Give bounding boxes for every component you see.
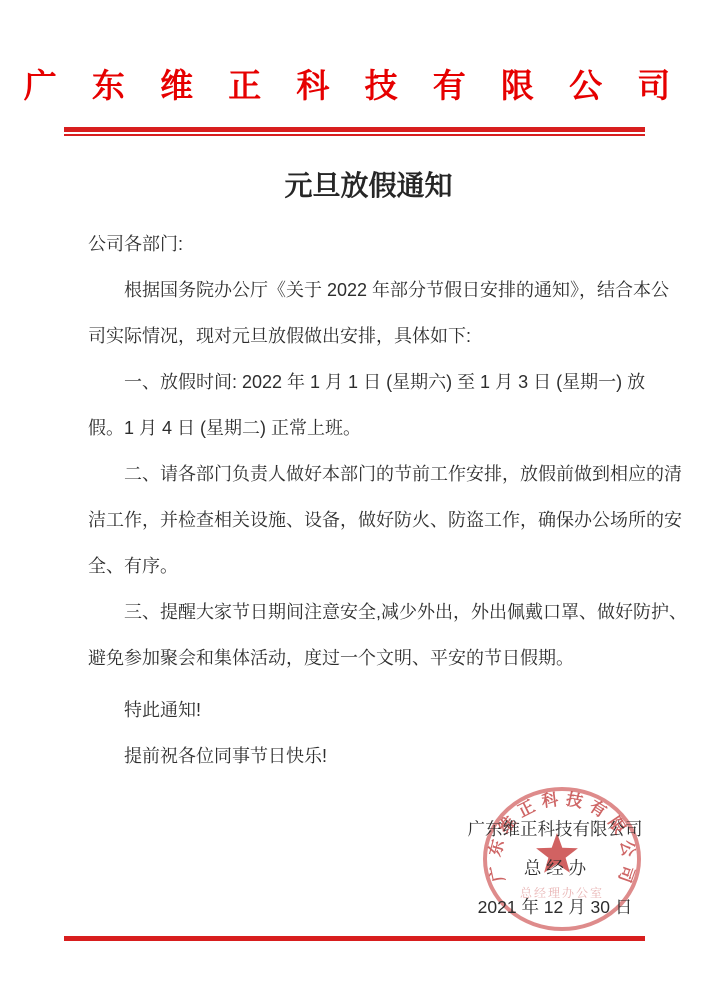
closing-line-2: 提前祝各位同事节日快乐! [88,733,648,779]
header-rule-thick [64,127,645,132]
paragraph-3-line-1: 二、请各部门负责人做好本部门的节前工作安排，放假前做到相应的清 [88,451,648,497]
paragraph-3-line-3: 全、有序。 [88,543,648,589]
document-page: 广 东 维 正 科 技 有 限 公 司 元旦放假通知 公司各部门: 根据国务院办… [0,0,707,1000]
paragraph-4-line-2: 避免参加聚会和集体活动，度过一个文明、平安的节日假期。 [88,635,648,681]
signature-block: 广东维正科技有限公司 总 经 办 2021 年 12 月 30 日 [420,810,690,927]
paragraph-1-line-2: 司实际情况，现对元旦放假做出安排，具体如下: [88,313,648,359]
paragraph-3-line-2: 洁工作，并检查相关设施、设备，做好防火、防盗工作，确保办公场所的安 [88,497,648,543]
company-name-header: 广 东 维 正 科 技 有 限 公 司 [0,64,707,108]
signature-department: 总 经 办 [420,849,690,888]
closing-line-1: 特此通知! [88,687,648,733]
paragraph-4-line-1: 三、提醒大家节日期间注意安全,减少外出，外出佩戴口罩、做好防护、 [88,589,648,635]
paragraph-2-line-2: 假。1 月 4 日 (星期二) 正常上班。 [88,405,648,451]
signature-company: 广东维正科技有限公司 [420,810,690,849]
notice-body: 公司各部门: 根据国务院办公厅《关于 2022 年部分节假日安排的通知》，结合本… [88,221,648,779]
document-title: 元旦放假通知 [15,168,707,204]
greeting-line: 公司各部门: [88,221,648,267]
signature-date: 2021 年 12 月 30 日 [420,888,690,927]
paragraph-2-line-1: 一、放假时间: 2022 年 1 月 1 日 (星期六) 至 1 月 3 日 (… [88,359,648,405]
header-rule-thin [64,134,645,136]
paragraph-1-line-1: 根据国务院办公厅《关于 2022 年部分节假日安排的通知》，结合本公 [88,267,648,313]
